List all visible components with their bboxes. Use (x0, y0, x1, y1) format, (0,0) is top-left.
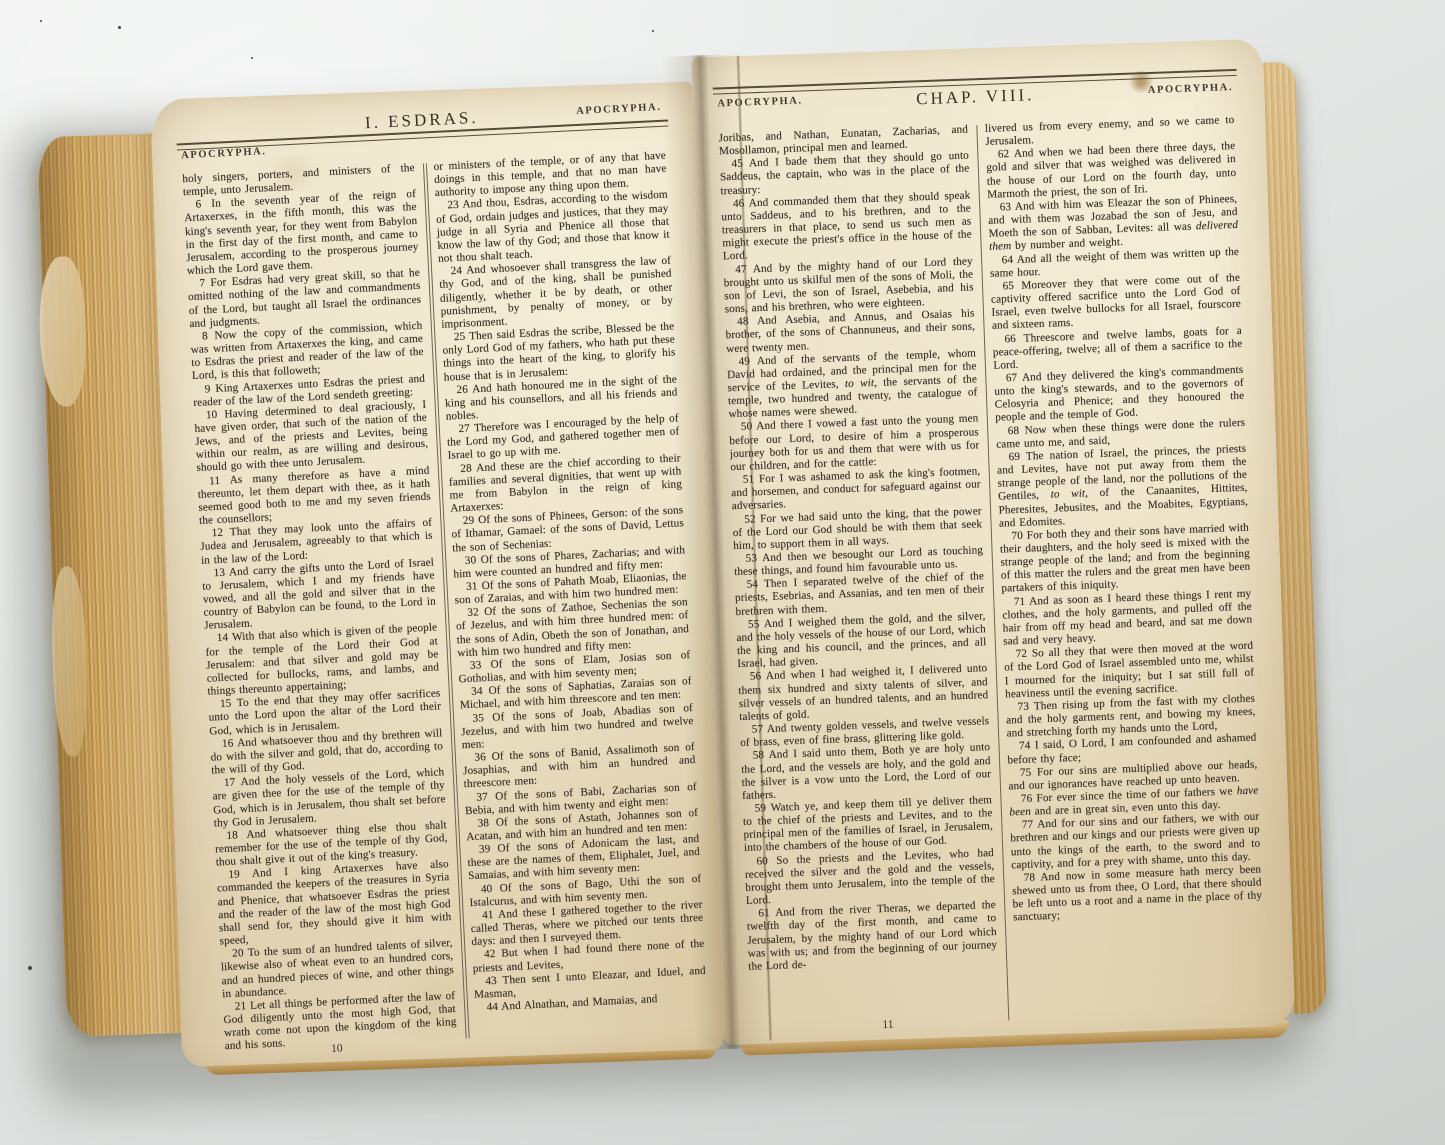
verse-paragraph: 61 And from the river Theras, we departe… (746, 899, 998, 974)
verse-paragraph: 49 And of the servants of the temple, wh… (726, 347, 978, 422)
verse-paragraph: 62 And when we had been there three days… (986, 140, 1237, 202)
verse-paragraph: 21 Let all things be performed after the… (223, 990, 458, 1050)
page-number: 10 (331, 1043, 343, 1056)
verse-paragraph: 14 With that also which is given of the … (205, 622, 440, 699)
verse-paragraph: 78 And now in some measure hath mercy be… (1012, 863, 1263, 925)
left-page-text-columns: holy singers, porters, and ministers of … (182, 150, 708, 1051)
verse-paragraph: 70 For both they and their sons have mar… (999, 522, 1251, 597)
verse-paragraph: 56 And when I had weighed it, I delivere… (738, 663, 989, 725)
verse-paragraph: 69 The nation of Israel, the princes, th… (996, 443, 1248, 531)
verse-paragraph: 60 So the priests and the Levites, who h… (744, 847, 995, 909)
verse-paragraph: 71 And as soon as I heard these things I… (1002, 587, 1253, 649)
verse-paragraph: 67 And they delivered the king's command… (994, 364, 1245, 426)
verse-paragraph: 10 Having determined to deal graciously,… (194, 398, 429, 475)
page-number: 11 (882, 1019, 894, 1031)
dust-speck (251, 57, 253, 59)
dust-speck (118, 26, 121, 29)
text-column: or ministers of the temple, or of any th… (433, 150, 708, 1038)
verse-paragraph: 72 So all they that were then moved at t… (1004, 640, 1255, 702)
verse-paragraph: 50 And there I vowed a fast unto the you… (729, 413, 980, 475)
dust-speck (28, 966, 32, 970)
verse-paragraph: 13 And carry the gifts unto the Lord of … (201, 556, 436, 633)
worn-page-edge-flap (50, 566, 90, 757)
dust-speck (652, 30, 654, 32)
left-page: I. ESDRAS. APOCRYPHA. APOCRYPHA. holy si… (150, 82, 724, 1067)
open-book: I. ESDRAS. APOCRYPHA. APOCRYPHA. holy si… (21, 27, 1355, 1115)
verse-paragraph: 55 And I weighed them the gold, and the … (736, 610, 987, 672)
verse-paragraph: 59 Watch ye, and keep them till ye deliv… (742, 794, 993, 856)
dust-speck (40, 20, 42, 22)
verse-paragraph: 46 And commanded them that they should s… (721, 189, 973, 264)
verse-paragraph: 58 And I said unto them, Both ye are hol… (741, 741, 992, 803)
verse-paragraph: 63 And with him was Eleazar the son of P… (988, 193, 1239, 255)
right-page-text-columns: Joribas, and Nathan, Eunatan, Zacharias,… (718, 114, 1266, 1030)
verse-paragraph: 47 And by the mighty hand of our Lord th… (723, 255, 974, 317)
text-column: holy singers, porters, and ministers of … (182, 162, 457, 1050)
photo-of-open-antique-bible: { "colors": { "surface_background": "#e4… (0, 0, 1445, 1145)
verse-paragraph: 23 And thou, Esdras, according to the wi… (435, 189, 670, 266)
text-column: livered us from every enemy, and so we c… (985, 114, 1266, 1020)
verse-paragraph: 77 And for our sins and our fathers, we … (1010, 811, 1261, 873)
verse-paragraph: 65 Moreover they that were come out of t… (990, 272, 1241, 334)
right-page: CHAP. VIII. APOCRYPHA. APOCRYPHA. Joriba… (691, 39, 1295, 1045)
verse-paragraph: 6 In the seventh year of the reign of Ar… (183, 188, 419, 278)
verse-paragraph: 19 And I king Artaxerxes have also comma… (216, 858, 452, 948)
worn-page-edge-flap (37, 256, 88, 407)
verse-paragraph: 24 And whosoever shall transgress the la… (438, 255, 673, 332)
text-column: Joribas, and Nathan, Eunatan, Zacharias,… (718, 124, 999, 1030)
